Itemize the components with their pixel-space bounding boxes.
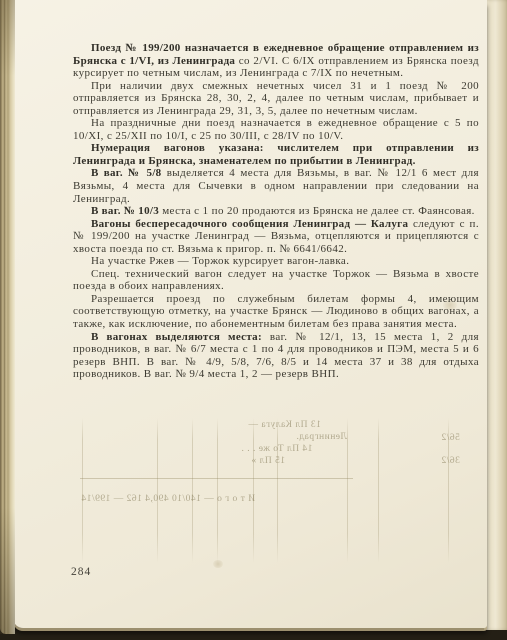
ghost-text: 15 Пл »	[251, 456, 285, 466]
ghost-text: 14 Пл То же . . .	[241, 444, 312, 454]
page-stack-edge-right	[484, 0, 507, 630]
page-number: 284	[71, 566, 91, 578]
paragraph-car-5-8-seats: В ваг. № 5/8 выделяется 4 места для Вязь…	[73, 167, 479, 205]
paragraph-shop-car: На участке Ржев — Торжок курсирует вагон…	[73, 255, 479, 268]
paragraph-car-10-3-seats: В ваг. № 10/3 места с 1 по 20 продаются …	[73, 205, 479, 218]
ghost-text: 36/2	[441, 456, 460, 466]
paragraph-car-numbering: Нумерация вагонов указана: числителем пр…	[73, 142, 479, 167]
paragraph-technical-car: Спец. технический вагон следует на участ…	[73, 268, 479, 293]
ghost-text: И т о г о — 140/10 490,4 162 — 199/14	[81, 494, 255, 504]
paragraph-holiday-service: На праздничные дни поезд назначается в е…	[73, 117, 479, 142]
paper-stain	[213, 560, 223, 568]
page-text: Поезд № 199/200 назначается в ежедневное…	[73, 42, 479, 381]
scanned-book-page: 13 Пл Калуга — Ленинград. 14 Пл То же . …	[0, 0, 507, 640]
ghost-text: 56/2	[441, 433, 460, 443]
paragraph-reserved-seats: В вагонах выделяются места: ваг. № 12/1,…	[73, 331, 479, 381]
paragraph-train-schedule: Поезд № 199/200 назначается в ежедневное…	[73, 42, 479, 80]
ghost-text: Ленинград.	[296, 432, 347, 442]
paragraph-through-cars-kaluga: Вагоны беспересадочного сообщения Ленинг…	[73, 218, 479, 256]
binding-edge-left	[0, 0, 15, 634]
paragraph-adjacent-odd-dates: При наличии двух смежных нечетных чисел …	[73, 80, 479, 118]
paragraph-service-tickets: Разрешается проезд по служебным билетам …	[73, 293, 479, 331]
ghost-text: 13 Пл Калуга —	[248, 420, 321, 430]
